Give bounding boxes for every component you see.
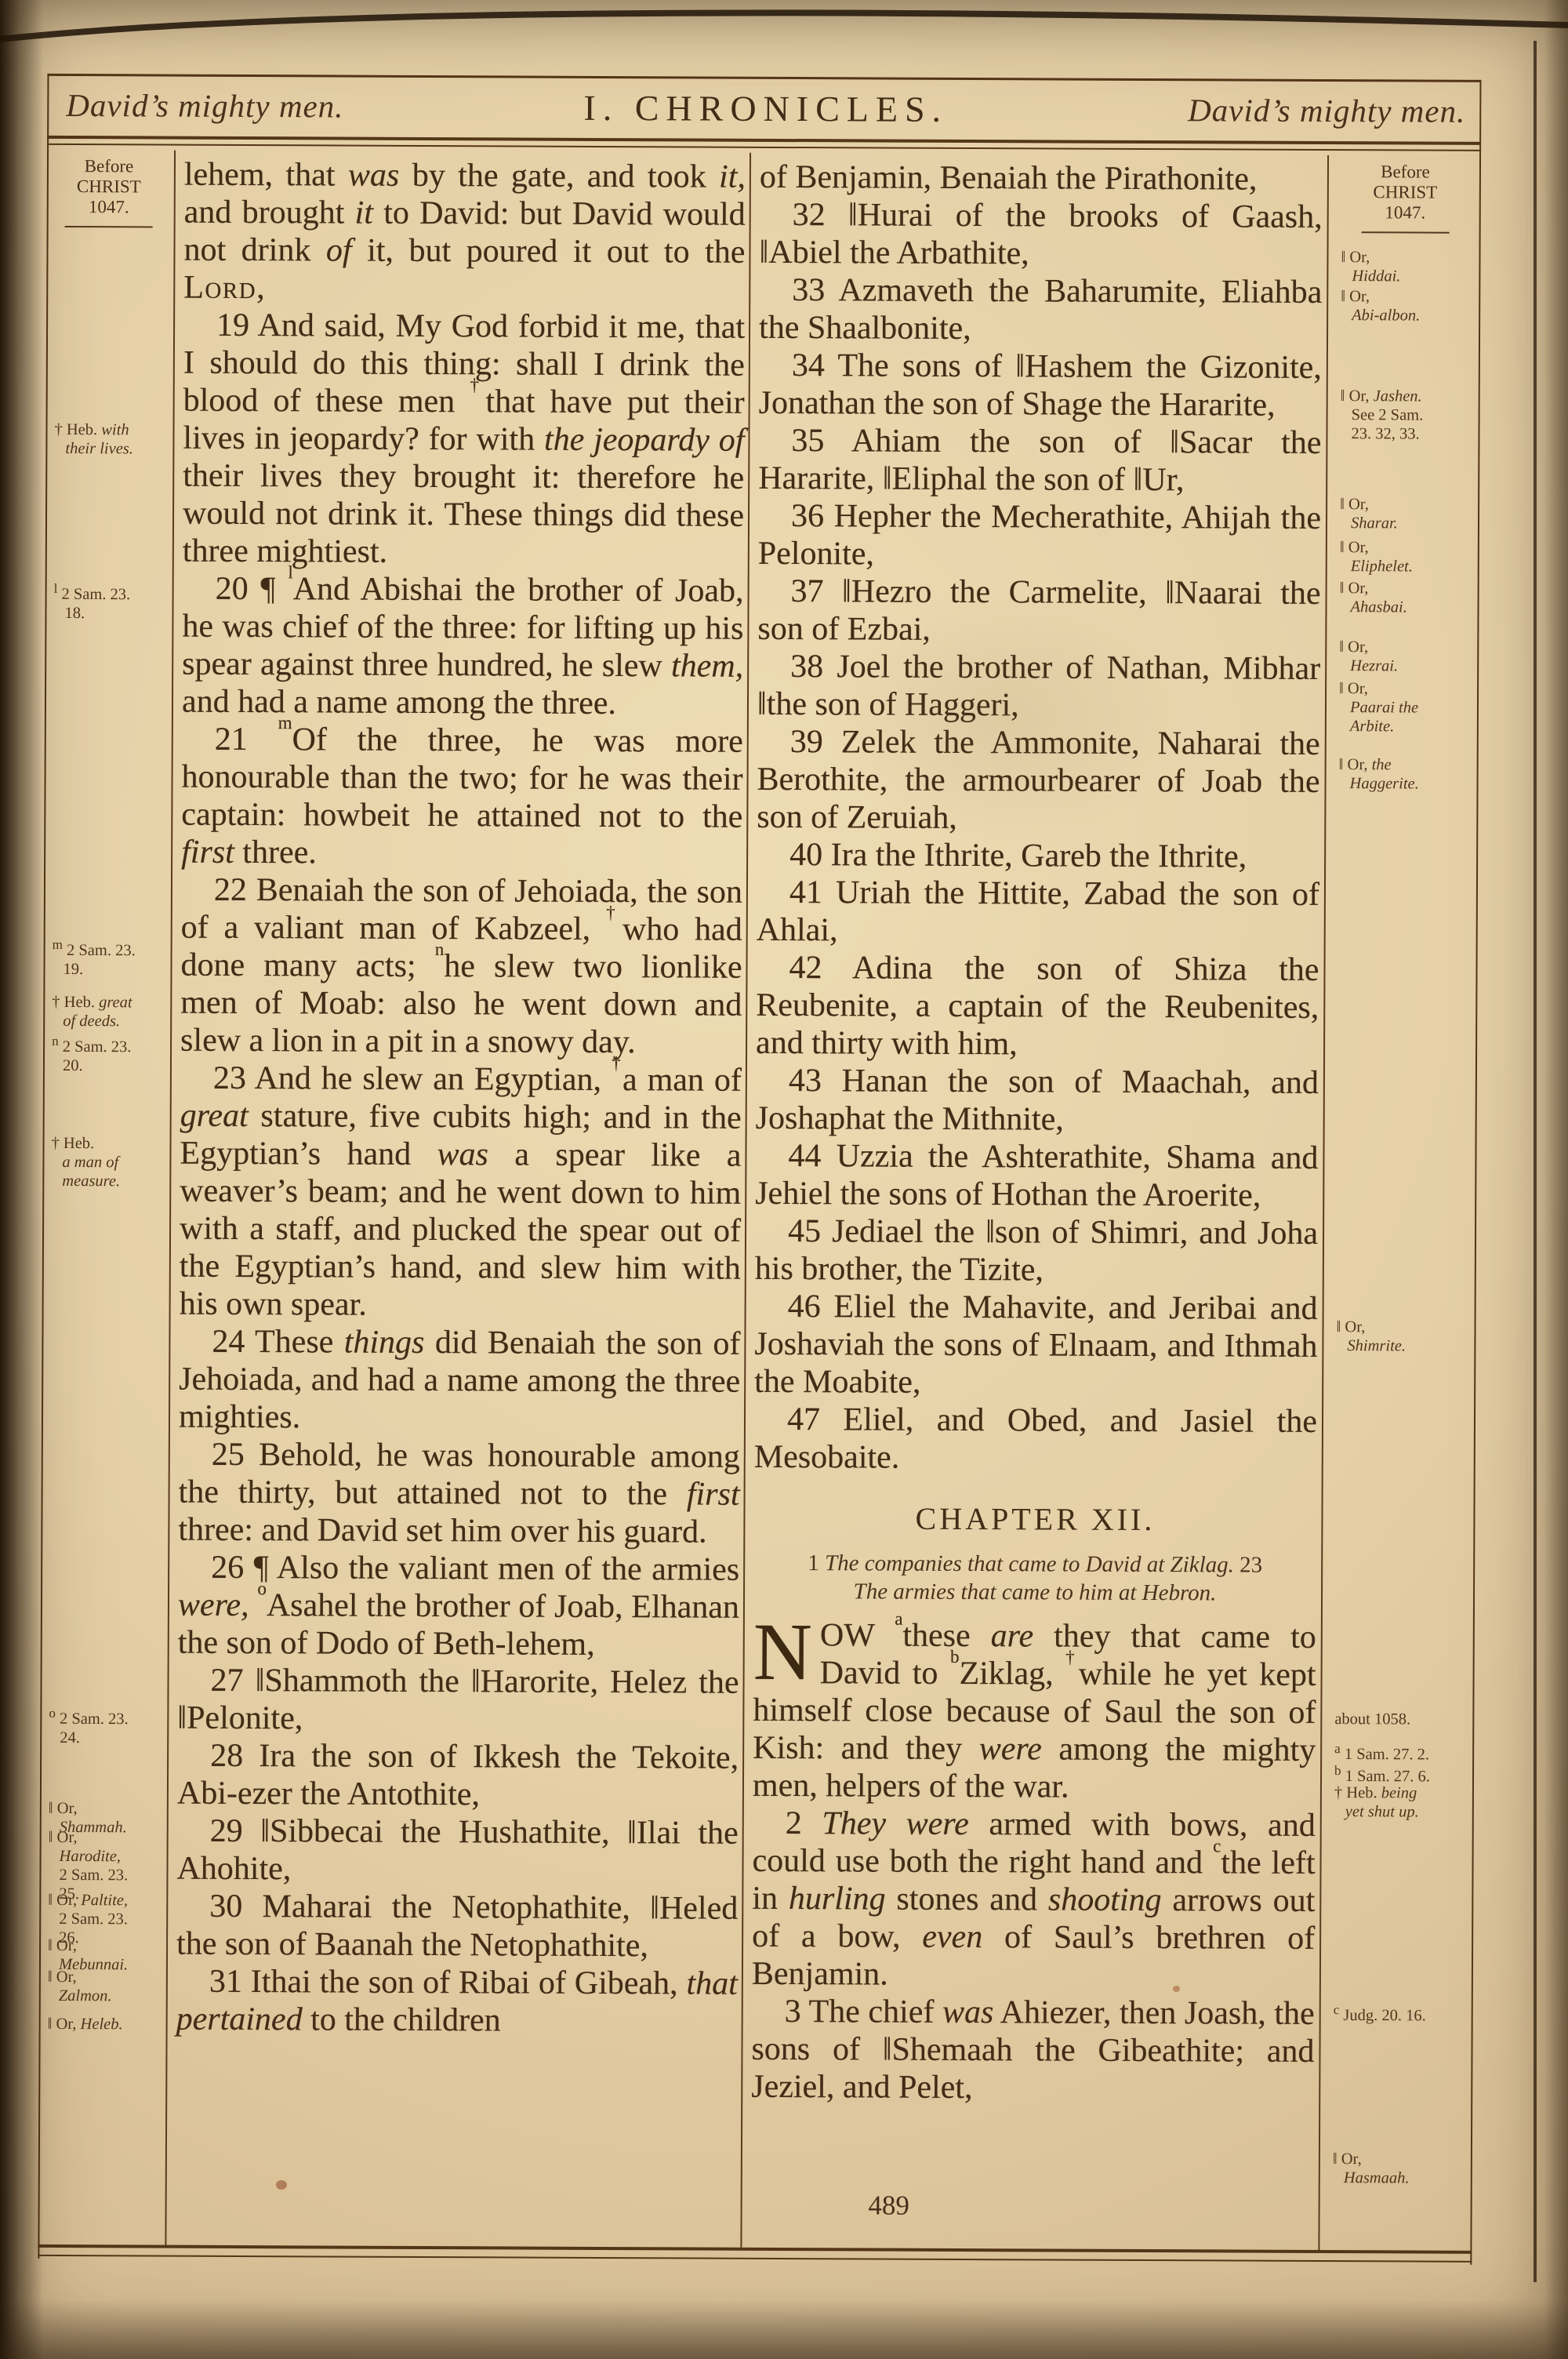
margin-note-line: CHRIST <box>50 176 168 198</box>
margin-note-line: See 2 Sam. <box>1341 405 1479 425</box>
verse-paragraph: 3 The chief was Ahiezer, then Joash, the… <box>751 1993 1315 2108</box>
margin-note: † Heb. withtheir lives. <box>47 420 171 459</box>
verse-paragraph: 46 Eliel the Mahavite, and Jeribai and J… <box>754 1288 1318 1403</box>
verse-text: 3 The chief was Ahiezer, then Joash, the… <box>751 1994 1315 2106</box>
page-content: BeforeCHRIST1047. † Heb. withtheir lives… <box>38 150 1481 2251</box>
margin-note: † Heb. greatof deeds. <box>45 993 169 1031</box>
before-christ-heading: BeforeCHRIST1047. <box>49 156 172 228</box>
margin-note-line: Abi-albon. <box>1341 306 1479 325</box>
margin-note: about 1058. <box>1327 1710 1472 1729</box>
scanned-bible-page: David’s mighty men. I. CHRONICLES. David… <box>0 0 1568 2359</box>
margin-note: ‖ Or,Ahasbai. <box>1332 579 1477 617</box>
verse-text: 36 Hepher the Mecherathite, Ahijah the P… <box>758 498 1321 572</box>
margin-note-line: ‖ Or, <box>48 1968 165 1987</box>
margin-note-line: ‖ Or, <box>1341 287 1479 307</box>
margin-note-line: 23. 32, 33. <box>1340 424 1478 444</box>
margin-note: ‖ Or,Hasmaah. <box>1326 2150 1471 2188</box>
margin-note-line: 24. <box>49 1728 165 1748</box>
margin-note-line: 18. <box>53 604 170 623</box>
margin-note: † Heb.a man ofmeasure. <box>44 1134 168 1191</box>
margin-note: † Heb. beingyet shut up. <box>1327 1783 1472 1822</box>
margin-note-line: ‖ Or, <box>1341 248 1479 267</box>
margin-note-line: † Heb. <box>51 1134 168 1154</box>
verse-text: 41 Uriah the Hittite, Zabad the son of A… <box>757 874 1319 948</box>
margin-note: ‖ Or,Hiddai. <box>1334 248 1479 286</box>
verse-text: 21 mOf the three, he was more honourable… <box>181 722 743 871</box>
verse-paragraph: NOW athese are they that came to David t… <box>753 1616 1316 1807</box>
page-edge-curve <box>0 0 1568 55</box>
margin-note: l 2 Sam. 23.18. <box>46 580 170 623</box>
margin-note: ‖ Or,Paarai theArbite. <box>1332 679 1477 736</box>
margin-note-line: ‖ Or, <box>1340 579 1478 598</box>
book-gutter-shadow <box>0 0 43 2359</box>
left-text-column: lehem, that was by the gate, and took it… <box>175 151 746 2248</box>
margin-note-line: Before <box>50 156 168 177</box>
margin-note-line: ‖ Or, <box>1339 638 1477 657</box>
verse-paragraph: 31 Ithai the son of Ribai of Gibeah, tha… <box>176 1963 738 2041</box>
right-text-column: of Benjamin, Benaiah the Pirathonite,32 … <box>750 153 1323 2250</box>
verse-paragraph: 43 Hanan the son of Maachah, and Joshaph… <box>756 1062 1319 1140</box>
verse-paragraph: 19 And said, My God forbid it me, that I… <box>183 307 745 572</box>
verse-paragraph: lehem, that was by the gate, and took it… <box>183 156 746 309</box>
paper-speck <box>276 2180 287 2190</box>
page-number: 489 <box>811 2190 967 2222</box>
chapter-summary-line: The armies that came to him at Hebron. <box>753 1577 1316 1608</box>
margin-note-line: Arbite. <box>1339 717 1477 736</box>
margin-note: ‖ Or,Sharar. <box>1333 495 1478 533</box>
verse-paragraph: 21 mOf the three, he was more honourable… <box>181 721 743 874</box>
verse-paragraph: 22 Benaiah the son of Jehoiada, the son … <box>180 871 742 1062</box>
verse-paragraph: 20 ¶ lAnd Abishai the brother of Joab, h… <box>182 570 744 723</box>
margin-note-line: Haggerite. <box>1339 774 1477 794</box>
verse-paragraph: 35 Ahiam the son of ‖Sacar the Hararite,… <box>758 422 1321 500</box>
chapter-summary: 1 The companies that came to David at Zi… <box>753 1549 1316 1608</box>
verse-paragraph: 23 And he slew an Egyptian, †a man of gr… <box>180 1060 742 1325</box>
chapter-heading: CHAPTER XII. <box>753 1499 1316 1539</box>
verse-text: 22 Benaiah the son of Jehoiada, the son … <box>180 872 742 1060</box>
margin-note-line: 20. <box>52 1056 169 1076</box>
verse-paragraph: 41 Uriah the Hittite, Zabad the son of A… <box>757 874 1319 951</box>
margin-note-line: yet shut up. <box>1334 1802 1472 1822</box>
verse-paragraph: 36 Hepher the Mecherathite, Ahijah the P… <box>758 497 1321 575</box>
printed-area: David’s mighty men. I. CHRONICLES. David… <box>0 0 1568 2359</box>
verse-paragraph: 29 ‖Sibbecai the Hushathite, ‖Ilai the A… <box>176 1812 738 1890</box>
verse-paragraph: 34 The sons of ‖Hashem the Gizonite, Jon… <box>759 347 1322 424</box>
margin-note: n 2 Sam. 23.20. <box>45 1032 169 1076</box>
margin-note-line: Zalmon. <box>48 1986 165 2006</box>
chapter-block: CHAPTER XII. 1 The companies that came t… <box>753 1499 1317 1608</box>
bottom-edge-shadow <box>0 2300 1568 2359</box>
margin-note-line: ‖ Or, <box>1333 2150 1471 2169</box>
right-margin-notes: BeforeCHRIST1047. ‖ Or,Hiddai. ‖ Or,Abi-… <box>1325 155 1479 2251</box>
margin-note-line: c Judg. 20. 16. <box>1334 2001 1472 2026</box>
margin-note-line: † Heb. great <box>52 993 169 1012</box>
margin-note-line: a man of <box>51 1153 168 1172</box>
margin-note: a 1 Sam. 27. 2. <box>1327 1739 1472 1765</box>
chapter-summary-line: 1 The companies that came to David at Zi… <box>753 1549 1316 1579</box>
margin-note: o 2 Sam. 23.24. <box>42 1704 165 1748</box>
margin-note-line: Before <box>1336 162 1475 183</box>
margin-note-line: † Heb. with <box>54 420 171 440</box>
verse-paragraph: 47 Eliel, and Obed, and Jasiel the Mesob… <box>754 1401 1317 1478</box>
verse-paragraph: 30 Maharai the Netophathite, ‖Heled the … <box>176 1888 738 1965</box>
verse-text: 24 These things did Benaiah the son of J… <box>179 1324 741 1435</box>
margin-note: b 1 Sam. 27. 6. <box>1327 1761 1472 1787</box>
margin-note-line: about 1058. <box>1334 1710 1472 1729</box>
paper-speck <box>1173 1986 1180 1992</box>
left-margin-notes: BeforeCHRIST1047. † Heb. withtheir lives… <box>39 150 172 2245</box>
verse-text: 27 ‖Shammoth the ‖Harorite, Helez the ‖P… <box>177 1663 739 1737</box>
verse-text: 34 The sons of ‖Hashem the Gizonite, Jon… <box>759 347 1322 423</box>
margin-note-line: 19. <box>52 960 169 980</box>
verse-paragraph: 32 ‖Hurai of the brooks of Gaash, ‖Abiel… <box>759 196 1322 274</box>
margin-note: ‖ Or,Hezrai. <box>1332 638 1477 676</box>
verse-paragraph: of Benjamin, Benaiah the Pirathonite, <box>760 158 1323 198</box>
margin-note-line: ‖ Or, the <box>1339 755 1477 775</box>
margin-note-line: ‖ Or, <box>1339 679 1477 699</box>
margin-note-line: of deeds. <box>52 1012 169 1031</box>
margin-note-line: l 2 Sam. 23. <box>54 580 171 604</box>
margin-note-line: ‖ Or, Paltite, <box>48 1891 165 1910</box>
drop-cap: N <box>753 1616 821 1687</box>
verse-text: 20 ¶ lAnd Abishai the brother of Joab, h… <box>182 571 744 722</box>
verse-text: 26 ¶ Also the valiant men of the armies … <box>178 1550 740 1663</box>
verse-text: 33 Azmaveth the Baharumite, Eliahba the … <box>759 272 1322 347</box>
margin-note-line: m 2 Sam. 23. <box>53 936 169 960</box>
margin-note-line: 1047. <box>50 197 168 218</box>
verse-text: 47 Eliel, and Obed, and Jasiel the Mesob… <box>754 1401 1317 1476</box>
margin-note-line: CHRIST <box>1336 182 1475 203</box>
running-header-title: I. CHRONICLES. <box>343 85 1188 131</box>
margin-note-line: b 1 Sam. 27. 6. <box>1334 1761 1472 1787</box>
margin-note-line: their lives. <box>54 439 171 459</box>
running-header-right: David’s mighty men. <box>1188 91 1481 130</box>
verse-paragraph: 25 Behold, he was honourable among the t… <box>178 1436 740 1551</box>
verse-text: 43 Hanan the son of Maachah, and Joshaph… <box>756 1063 1319 1138</box>
margin-note-line: ‖ Or, Heleb. <box>48 2015 165 2034</box>
margin-note-line: Harodite, <box>49 1847 165 1866</box>
verse-text: 42 Adina the son of Shiza the Reubenite,… <box>756 950 1319 1062</box>
margin-note-line: Hiddai. <box>1341 267 1479 286</box>
margin-note-line: 2 Sam. 23. <box>48 1910 165 1929</box>
margin-note: m 2 Sam. 23.19. <box>45 936 169 980</box>
margin-note-line: o 2 Sam. 23. <box>49 1704 165 1728</box>
margin-note: ‖ Or,Abi-albon. <box>1334 287 1479 325</box>
margin-note-line: ‖ Or, <box>48 1936 165 1956</box>
margin-note-line: n 2 Sam. 23. <box>52 1032 169 1056</box>
verse-text: 28 Ira the son of Ikkesh the Tekoite, Ab… <box>177 1738 739 1813</box>
margin-note-line: ‖ Or, <box>49 1799 165 1819</box>
margin-note-line: Hasmaah. <box>1333 2168 1471 2188</box>
verse-text: 30 Maharai the Netophathite, ‖Heled the … <box>176 1888 738 1964</box>
margin-note-line: Hezrai. <box>1339 656 1477 676</box>
verse-text: 31 Ithai the son of Ribai of Gibeah, tha… <box>176 1964 738 2039</box>
verse-paragraph: 2 They were armed with bows, and could u… <box>752 1805 1316 1995</box>
margin-note: ‖ Or,Eliphelet. <box>1333 538 1478 576</box>
margin-note: ‖ Or, Jashen.See 2 Sam.23. 32, 33. <box>1333 387 1478 444</box>
verse-text: 29 ‖Sibbecai the Hushathite, ‖Ilai the A… <box>176 1813 738 1887</box>
margin-note-line: a 1 Sam. 27. 2. <box>1334 1739 1472 1765</box>
verse-paragraph: 44 Uzzia the Ashterathite, Shama and Jeh… <box>755 1137 1318 1215</box>
margin-note-line: ‖ Or, <box>1340 495 1478 514</box>
verse-paragraph: 45 Jediael the ‖son of Shimri, and Joha … <box>755 1212 1318 1290</box>
margin-note-line: Eliphelet. <box>1340 557 1478 576</box>
margin-note-line: Ahasbai. <box>1339 598 1477 617</box>
chapter-twelve-verses: NOW athese are they that came to David t… <box>751 1616 1316 2108</box>
verse-paragraph: 33 Azmaveth the Baharumite, Eliahba the … <box>759 271 1322 349</box>
right-edge-shadow <box>1544 0 1568 2359</box>
paper-stain <box>823 588 1184 847</box>
margin-note-line: Sharar. <box>1340 514 1478 533</box>
margin-note-line: measure. <box>51 1172 168 1191</box>
verse-text: 32 ‖Hurai of the brooks of Gaash, ‖Abiel… <box>759 197 1322 271</box>
margin-note-line: Shimrite. <box>1336 1336 1474 1356</box>
margin-note-line: † Heb. being <box>1334 1783 1472 1803</box>
bottom-rule-thin <box>38 2255 1472 2263</box>
running-header-left: David’s mighty men. <box>47 86 343 125</box>
margin-note-line: ‖ Or, <box>49 1828 165 1848</box>
page-edge-line <box>1534 41 1537 2282</box>
verse-text: 19 And said, My God forbid it me, that I… <box>183 307 745 570</box>
verse-text: 23 And he slew an Egyptian, †a man of gr… <box>180 1060 742 1323</box>
margin-note-line: 1047. <box>1336 202 1475 224</box>
verse-paragraph: 28 Ira the son of Ikkesh the Tekoite, Ab… <box>177 1737 739 1815</box>
margin-note: ‖ Or,Shimrite. <box>1329 1318 1474 1356</box>
verse-paragraph: 24 These things did Benaiah the son of J… <box>179 1323 741 1438</box>
margin-note: ‖ Or, Heleb. <box>41 2015 165 2034</box>
verse-text: 35 Ahiam the son of ‖Sacar the Hararite,… <box>758 423 1321 498</box>
verse-text: 45 Jediael the ‖son of Shimri, and Joha … <box>755 1213 1318 1288</box>
verse-text: 25 Behold, he was honourable among the t… <box>178 1437 740 1550</box>
verse-text: 44 Uzzia the Ashterathite, Shama and Jeh… <box>755 1138 1318 1214</box>
verse-text: 2 They were armed with bows, and could u… <box>752 1805 1316 1993</box>
margin-note-line: ‖ Or, <box>1340 538 1478 558</box>
margin-note: ‖ Or, theHaggerite. <box>1332 755 1477 794</box>
running-header: David’s mighty men. I. CHRONICLES. David… <box>47 75 1481 141</box>
margin-note-line: ‖ Or, Jashen. <box>1341 387 1479 406</box>
verse-paragraph: 27 ‖Shammoth the ‖Harorite, Helez the ‖P… <box>177 1662 739 1739</box>
margin-note-line: 2 Sam. 23. <box>48 1866 165 1885</box>
margin-note-line: Paarai the <box>1339 698 1477 718</box>
verse-text: lehem, that was by the gate, and took it… <box>183 157 746 306</box>
margin-note: c Judg. 20. 16. <box>1327 2001 1472 2026</box>
verse-text: 46 Eliel the Mahavite, and Jeribai and J… <box>754 1289 1318 1401</box>
margin-note: ‖ Or,Zalmon. <box>41 1968 165 2006</box>
verse-paragraph: 26 ¶ Also the valiant men of the armies … <box>178 1549 740 1664</box>
before-christ-heading: BeforeCHRIST1047. <box>1334 162 1479 234</box>
verse-paragraph: 42 Adina the son of Shiza the Reubenite,… <box>756 949 1319 1064</box>
verse-text: of Benjamin, Benaiah the Pirathonite, <box>760 159 1258 198</box>
margin-note-line: ‖ Or, <box>1336 1318 1474 1337</box>
verse-text: NOW athese are they that came to David t… <box>753 1617 1316 1805</box>
